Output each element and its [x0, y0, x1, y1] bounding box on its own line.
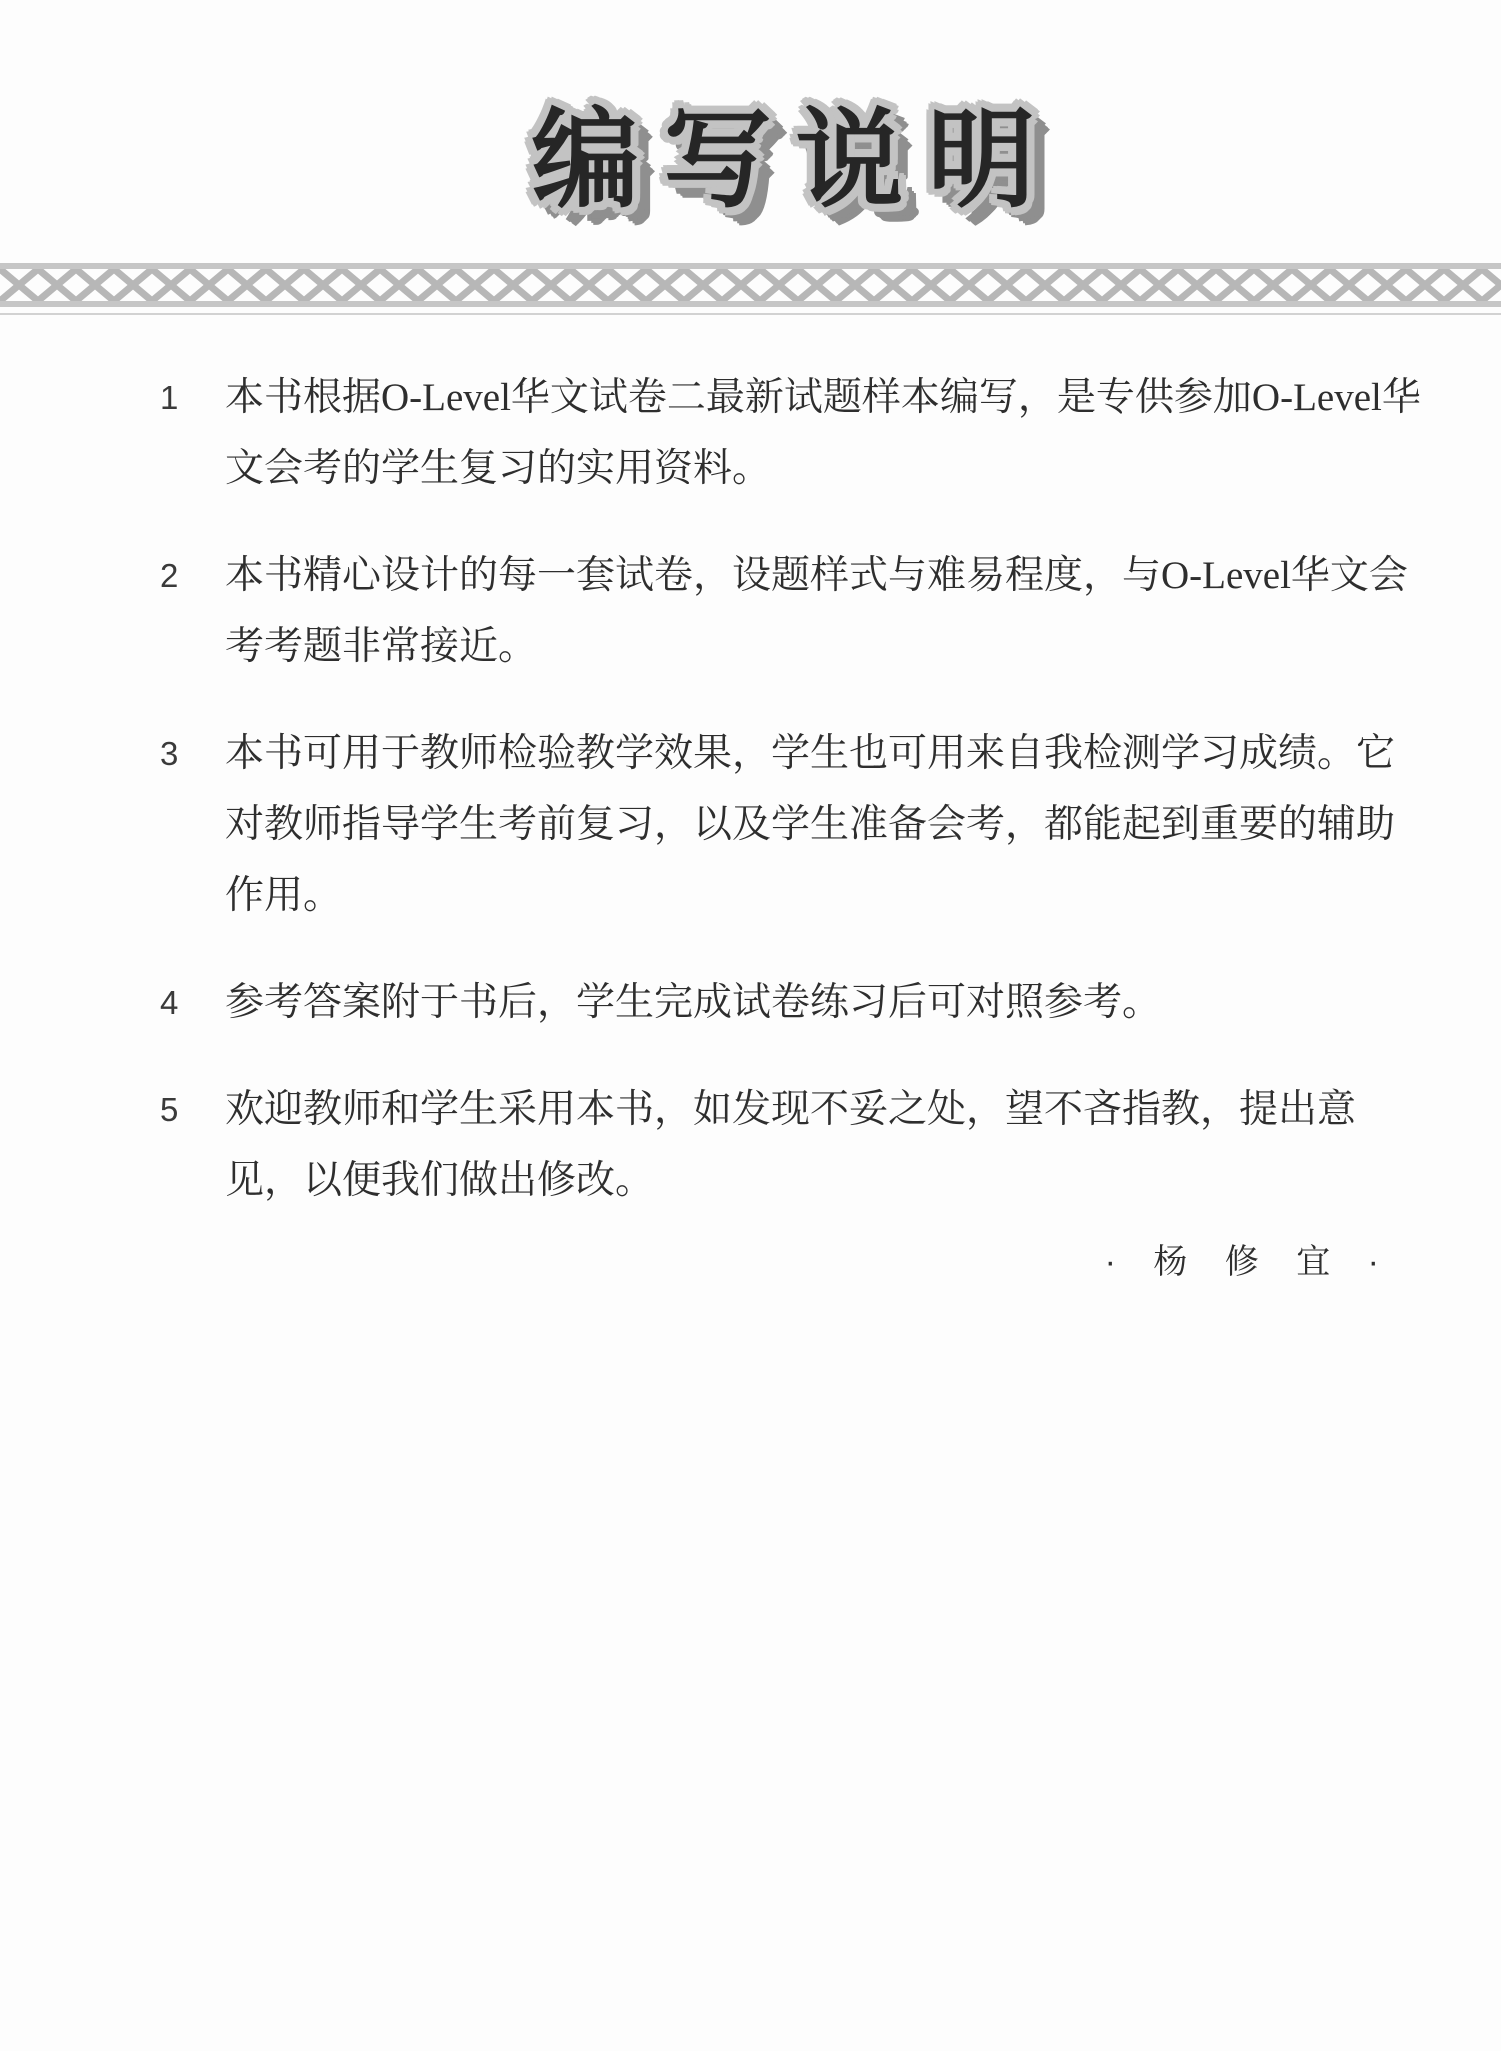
lattice-pattern-icon [0, 269, 1501, 301]
list-item: 5 欢迎教师和学生采用本书，如发现不妥之处，望不吝指教，提出意 见，以便我们做出… [160, 1074, 1440, 1216]
book-page: 编写说明 1 本书根据O-Level华文试卷二最新试题样本编写，是专供参加O-L… [0, 0, 1501, 2051]
author-signature: · 杨 修 宜 · [1105, 1234, 1393, 1283]
list-item: 1 本书根据O-Level华文试卷二最新试题样本编写，是专供参加O-Level华… [160, 362, 1440, 504]
decorative-band [0, 263, 1501, 315]
item-text: 参考答案附于书后，学生完成试卷练习后可对照参考。 [225, 967, 1440, 1038]
item-text: 本书精心设计的每一套试卷，设题样式与难易程度，与O-Level华文会 考考题非常… [225, 540, 1440, 682]
item-number: 5 [160, 1074, 225, 1145]
item-text: 本书可用于教师检验教学效果，学生也可用来自我检测学习成绩。它 对教师指导学生考前… [225, 718, 1440, 931]
item-text: 本书根据O-Level华文试卷二最新试题样本编写，是专供参加O-Level华 文… [225, 362, 1440, 504]
list-item: 2 本书精心设计的每一套试卷，设题样式与难易程度，与O-Level华文会 考考题… [160, 540, 1440, 682]
band-thin-line [0, 313, 1501, 315]
item-number: 2 [160, 540, 225, 611]
preface-paragraph-list: 1 本书根据O-Level华文试卷二最新试题样本编写，是专供参加O-Level华… [160, 362, 1440, 1252]
list-item: 3 本书可用于教师检验教学效果，学生也可用来自我检测学习成绩。它 对教师指导学生… [160, 718, 1440, 931]
item-number: 1 [160, 362, 225, 433]
list-item: 4 参考答案附于书后，学生完成试卷练习后可对照参考。 [160, 967, 1440, 1038]
page-title: 编写说明 [531, 100, 1059, 220]
item-number: 4 [160, 967, 225, 1038]
item-text: 欢迎教师和学生采用本书，如发现不妥之处，望不吝指教，提出意 见，以便我们做出修改… [225, 1074, 1440, 1216]
title-row: 编写说明 [0, 100, 1501, 220]
item-number: 3 [160, 718, 225, 789]
